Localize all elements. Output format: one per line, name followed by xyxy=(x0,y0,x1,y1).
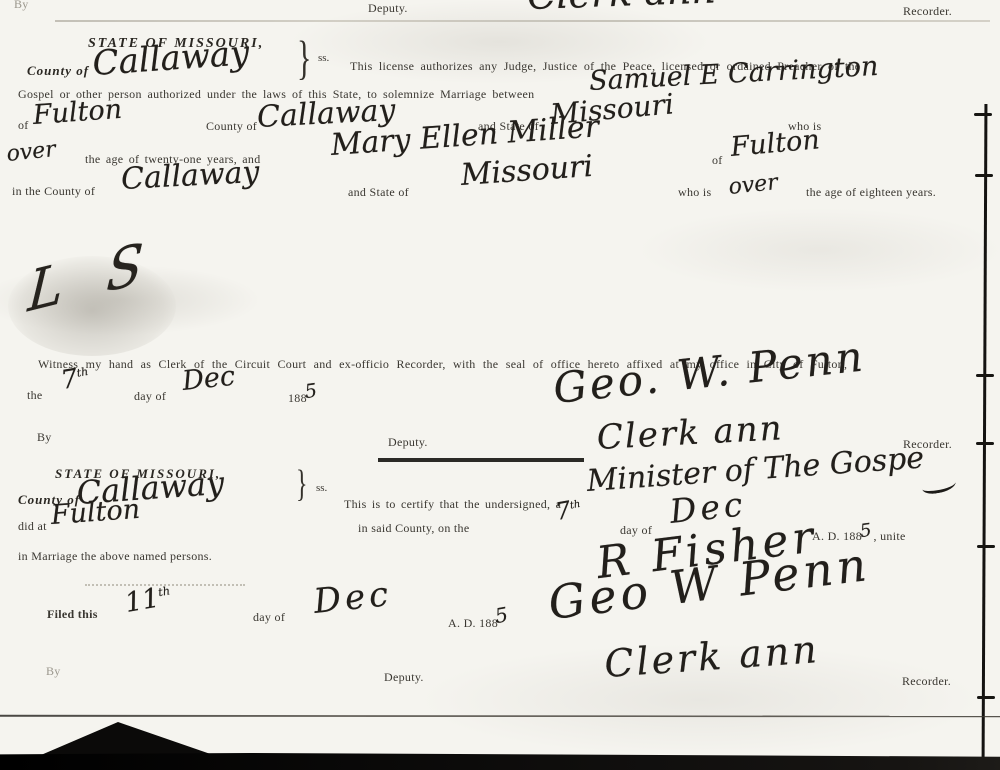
binding-stitch-mark xyxy=(975,174,993,177)
top-recorder-label: Recorder. xyxy=(903,4,952,19)
bride-state-label: and State of xyxy=(348,185,409,200)
filed-ad-year: A. D. 1885 xyxy=(448,608,511,632)
bride-whois-label: who is xyxy=(678,185,711,200)
certificate-closing-text: in Marriage the above named persons. xyxy=(18,549,212,564)
certificate-day-handwritten: 7th xyxy=(553,494,583,526)
filed-deputy-label: Deputy. xyxy=(384,670,424,685)
witness-dayof-label: day of xyxy=(134,389,166,404)
age18-text: the age of eighteen years. xyxy=(806,185,936,200)
witness-clerk-signature: Geo. W. Penn xyxy=(551,331,868,413)
page-bottom-edge-line xyxy=(0,714,1000,718)
scan-corner-shadow xyxy=(22,722,222,758)
license-county-label: County of xyxy=(27,63,89,79)
filed-by-label: By xyxy=(46,664,61,679)
certificate-didat-label: did at xyxy=(18,519,47,534)
top-by-label: By xyxy=(14,0,29,12)
groom-county-label: County of xyxy=(206,119,257,134)
certificate-ss-label: ss. xyxy=(316,482,327,494)
certificate-onthe-label: in said County, on the xyxy=(358,521,469,536)
certificate-ss-brace: } xyxy=(296,464,308,507)
groom-city-handwritten: Fulton xyxy=(32,94,123,131)
witness-year: 1885 xyxy=(288,385,319,407)
filed-day-handwritten: 11th xyxy=(123,580,174,619)
binding-stitch-mark xyxy=(977,545,995,548)
filed-label: Filed this xyxy=(47,607,98,622)
binding-stitch-mark xyxy=(976,374,994,377)
filed-month-handwritten: Dec xyxy=(312,574,394,622)
binding-stitch-mark xyxy=(974,113,992,116)
witness-month-handwritten: Dec xyxy=(181,361,237,397)
witness-by-label: By xyxy=(37,430,52,445)
section-divider-rule xyxy=(55,20,990,22)
witness-the-label: the xyxy=(27,388,43,403)
bride-over-handwritten: over xyxy=(727,170,779,200)
binding-stitch-mark xyxy=(977,696,995,699)
license-ss-label: ss. xyxy=(318,52,329,64)
bride-state-handwritten: Missouri xyxy=(460,149,595,193)
filed-clerk-title-handwritten: Clerk ann xyxy=(603,627,821,686)
certificate-place-handwritten: Fulton xyxy=(50,494,141,531)
witness-day-handwritten: 7th xyxy=(59,362,92,396)
certificate-certify-text: This is to certify that the undersigned,… xyxy=(344,497,561,512)
filed-recorder-label: Recorder. xyxy=(902,674,951,689)
filed-dayof-label: day of xyxy=(253,610,285,625)
ss-brace: } xyxy=(297,32,311,86)
stray-ink-mark xyxy=(921,476,957,496)
top-deputy-label: Deputy. xyxy=(368,1,408,16)
top-clerk-signature: Clerk ann xyxy=(526,0,716,18)
witness-clerk-title-handwritten: Clerk ann xyxy=(596,408,785,458)
marriage-record-page: By Deputy. Clerk ann Recorder. STATE OF … xyxy=(0,0,1000,770)
groom-over-handwritten: over xyxy=(5,137,57,167)
binding-edge-line xyxy=(982,104,988,770)
bride-city-handwritten: Fulton xyxy=(729,124,821,163)
bride-of-label: of xyxy=(712,153,723,168)
binding-stitch-mark xyxy=(976,442,994,445)
scan-bottom-band xyxy=(0,753,1000,770)
bride-county-handwritten: Callaway xyxy=(120,155,260,197)
groom-of-label: of xyxy=(18,118,29,133)
mid-section-rule xyxy=(378,458,584,462)
bride-county-label: in the County of xyxy=(12,184,95,199)
witness-deputy-label: Deputy. xyxy=(388,435,428,450)
